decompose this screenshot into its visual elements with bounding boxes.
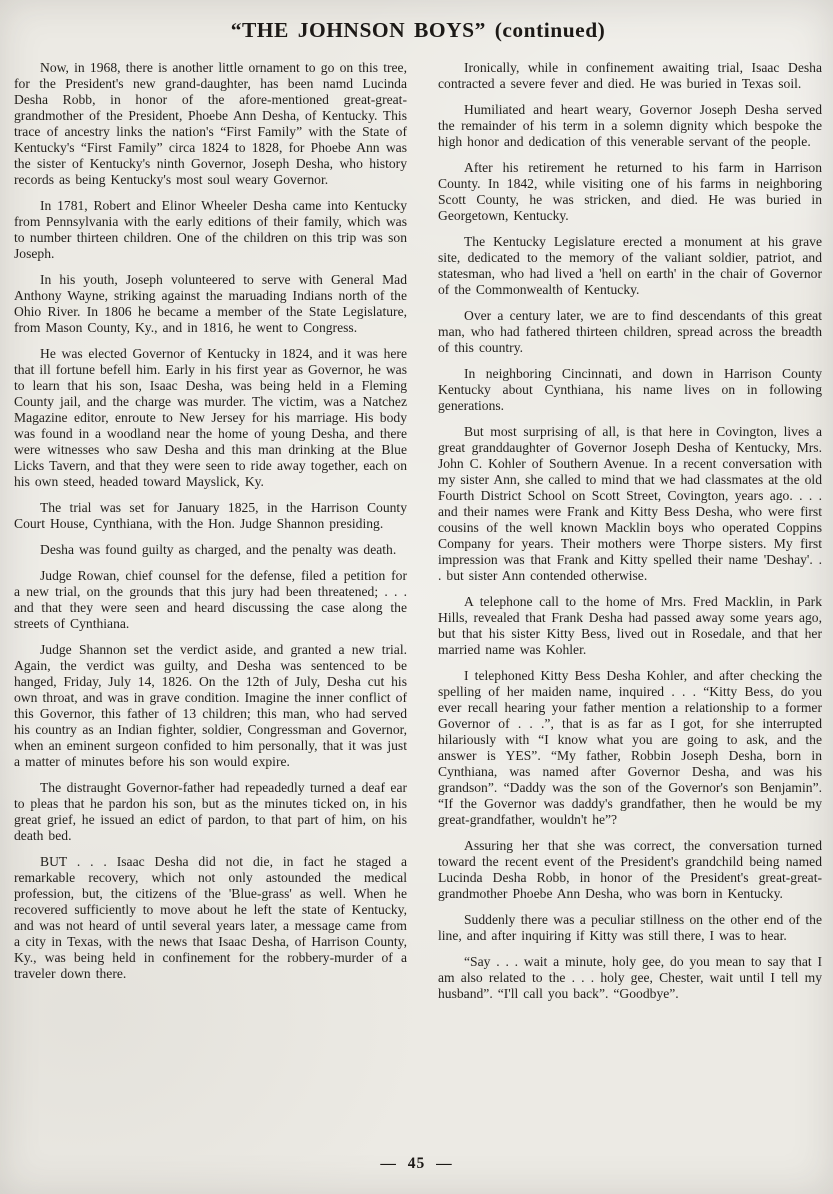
page-title: “THE JOHNSON BOYS” (continued) — [14, 18, 822, 43]
paragraph: Suddenly there was a peculiar stillness … — [438, 912, 822, 944]
paragraph: In his youth, Joseph volunteered to serv… — [14, 272, 407, 336]
paragraph: The Kentucky Legislature erected a monum… — [438, 234, 822, 298]
two-column-layout: Now, in 1968, there is another little or… — [14, 60, 822, 1012]
paragraph: But most surprising of all, is that here… — [438, 424, 822, 584]
paragraph: He was elected Governor of Kentucky in 1… — [14, 346, 407, 490]
paragraph: Over a century later, we are to find des… — [438, 308, 822, 356]
paragraph: “Say . . . wait a minute, holy gee, do y… — [438, 954, 822, 1002]
paragraph: In neighboring Cincinnati, and down in H… — [438, 366, 822, 414]
paragraph: The trial was set for January 1825, in t… — [14, 500, 407, 532]
paragraph: After his retirement he returned to his … — [438, 160, 822, 224]
paragraph: Desha was found guilty as charged, and t… — [14, 542, 407, 558]
scanned-document-page: “THE JOHNSON BOYS” (continued) Now, in 1… — [0, 0, 833, 1194]
left-column: Now, in 1968, there is another little or… — [14, 60, 407, 1012]
paragraph: Judge Shannon set the verdict aside, and… — [14, 642, 407, 770]
paragraph: The distraught Governor-father had repea… — [14, 780, 407, 844]
paragraph: In 1781, Robert and Elinor Wheeler Desha… — [14, 198, 407, 262]
right-column: Ironically, while in confinement awaitin… — [438, 60, 822, 1012]
page-number: — 45 — — [0, 1155, 833, 1173]
paragraph: Assuring her that she was correct, the c… — [438, 838, 822, 902]
paragraph: Humiliated and heart weary, Governor Jos… — [438, 102, 822, 150]
paragraph: Now, in 1968, there is another little or… — [14, 60, 407, 188]
paragraph: Ironically, while in confinement awaitin… — [438, 60, 822, 92]
paragraph: BUT . . . Isaac Desha did not die, in fa… — [14, 854, 407, 982]
paragraph: I telephoned Kitty Bess Desha Kohler, an… — [438, 668, 822, 828]
paragraph: A telephone call to the home of Mrs. Fre… — [438, 594, 822, 658]
paragraph: Judge Rowan, chief counsel for the defen… — [14, 568, 407, 632]
